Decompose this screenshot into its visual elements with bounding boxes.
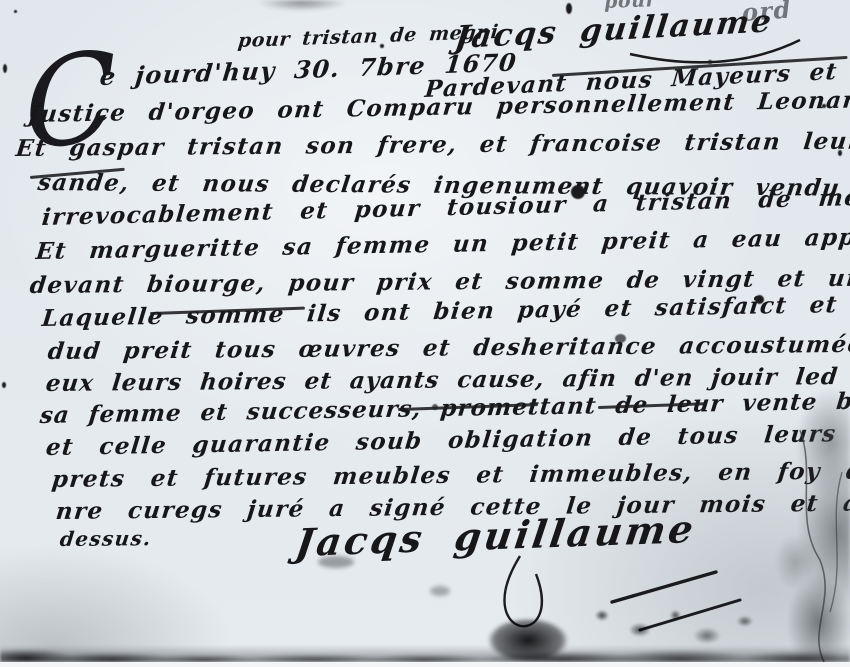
manuscript-line: dessus. [59, 526, 154, 551]
smudge [430, 586, 450, 596]
scan-edge-strip [0, 662, 850, 667]
ink-speck [822, 104, 826, 108]
smudge [318, 556, 354, 568]
manuscript-line: dud preit tous œuvres et desheritance ac… [46, 330, 850, 365]
manuscript-line: prets et futures meubles et immeubles, e… [50, 456, 850, 493]
ink-blot [615, 334, 626, 343]
manuscript-line: Et gaspar tristan son frere, et francois… [14, 128, 850, 162]
ink-speck [380, 44, 384, 48]
ink-speck [3, 64, 7, 73]
ink-speck [2, 382, 6, 388]
smudge [252, 0, 352, 14]
ink-speck [708, 60, 712, 64]
ink-speck [14, 10, 17, 13]
manuscript-page: pour ord pour tristan de megni Jacqs gui… [0, 0, 850, 667]
ink-blot [571, 185, 585, 199]
ink-speck [432, 404, 438, 410]
ink-blot [755, 295, 764, 304]
ink-speck [566, 3, 572, 14]
ink-speck [838, 150, 842, 156]
right-edge-stain [772, 368, 850, 667]
bottom-edge-grime [0, 638, 850, 662]
